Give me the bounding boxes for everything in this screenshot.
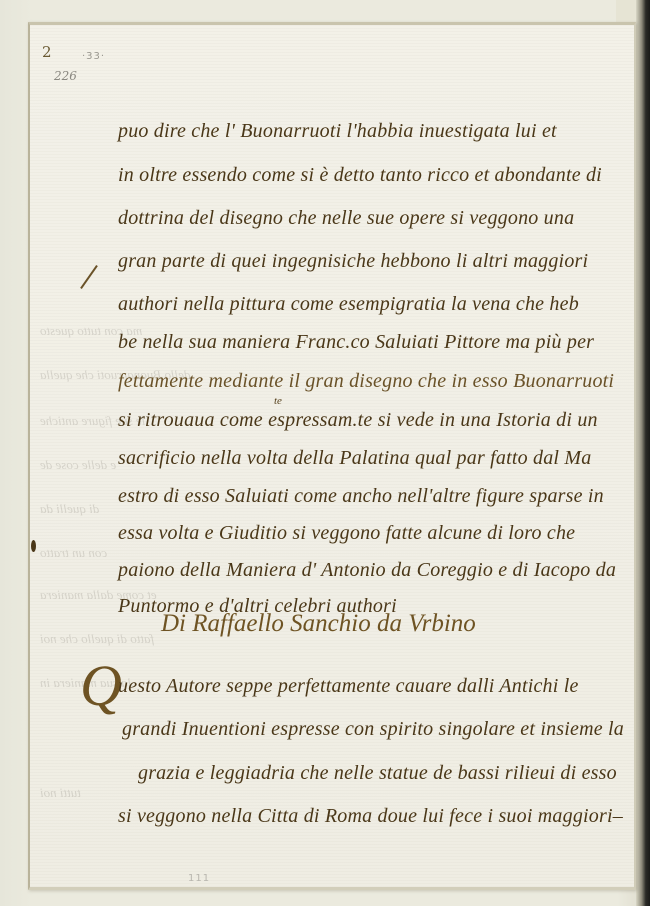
text-line: essa volta e Giuditio si veggono fatte a… bbox=[118, 522, 575, 545]
section-heading: Di Raffaello Sanchio da Vrbino bbox=[161, 610, 476, 638]
folio-number: 2 bbox=[42, 43, 52, 61]
manuscript-page: 2 ·33· 226 ma con tutto questo dello Buo… bbox=[28, 22, 636, 890]
text-line: uesto Autore seppe perfettamente cauare … bbox=[118, 675, 579, 698]
text-line: estro di esso Saluiati come ancho nell'a… bbox=[118, 485, 604, 508]
bleed-through-line: tutti noi bbox=[40, 785, 81, 801]
bottom-pencil-mark: 111 bbox=[188, 873, 210, 884]
drop-cap: Q bbox=[80, 657, 122, 715]
text-line: si veggono nella Citta di Roma doue lui … bbox=[118, 805, 623, 828]
text-line: in oltre essendo come si è detto tanto r… bbox=[118, 164, 602, 187]
bleed-through-line: di quelli da bbox=[40, 501, 99, 517]
text-line: fettamente mediante il gran disegno che … bbox=[118, 370, 614, 393]
bleed-through-line: e delle cose de bbox=[40, 457, 116, 473]
text-line: grazia e leggiadria che nelle statue de … bbox=[138, 762, 617, 785]
binding-spine bbox=[636, 0, 650, 906]
bleed-through-line: con un tratto bbox=[40, 545, 107, 561]
text-line: si ritrouaua come espressam.te si vede i… bbox=[118, 409, 598, 432]
text-line: paiono della Maniera d' Antonio da Coreg… bbox=[118, 559, 616, 582]
ink-blot bbox=[31, 540, 36, 552]
spine-edge bbox=[616, 0, 636, 22]
margin-flourish bbox=[80, 265, 98, 289]
superscript-abbreviation: te bbox=[274, 395, 282, 407]
text-line: gran parte di quei ingegnisiche hebbono … bbox=[118, 250, 588, 273]
text-line: authori nella pittura come esempigratia … bbox=[118, 293, 579, 316]
pencil-mark-top: ·33· bbox=[82, 51, 105, 62]
pencil-folio-number: 226 bbox=[54, 69, 77, 83]
text-line: puo dire che l' Buonarruoti l'habbia inu… bbox=[118, 120, 557, 143]
bleed-through-line: fatto di quello che noi bbox=[40, 631, 154, 647]
text-line: be nella sua maniera Franc.co Saluiati P… bbox=[118, 331, 594, 354]
text-line: grandi Inuentioni espresse con spirito s… bbox=[122, 718, 624, 741]
text-line: dottrina del disegno che nelle sue opere… bbox=[118, 207, 574, 230]
text-line: sacrificio nella volta della Palatina qu… bbox=[118, 447, 591, 470]
